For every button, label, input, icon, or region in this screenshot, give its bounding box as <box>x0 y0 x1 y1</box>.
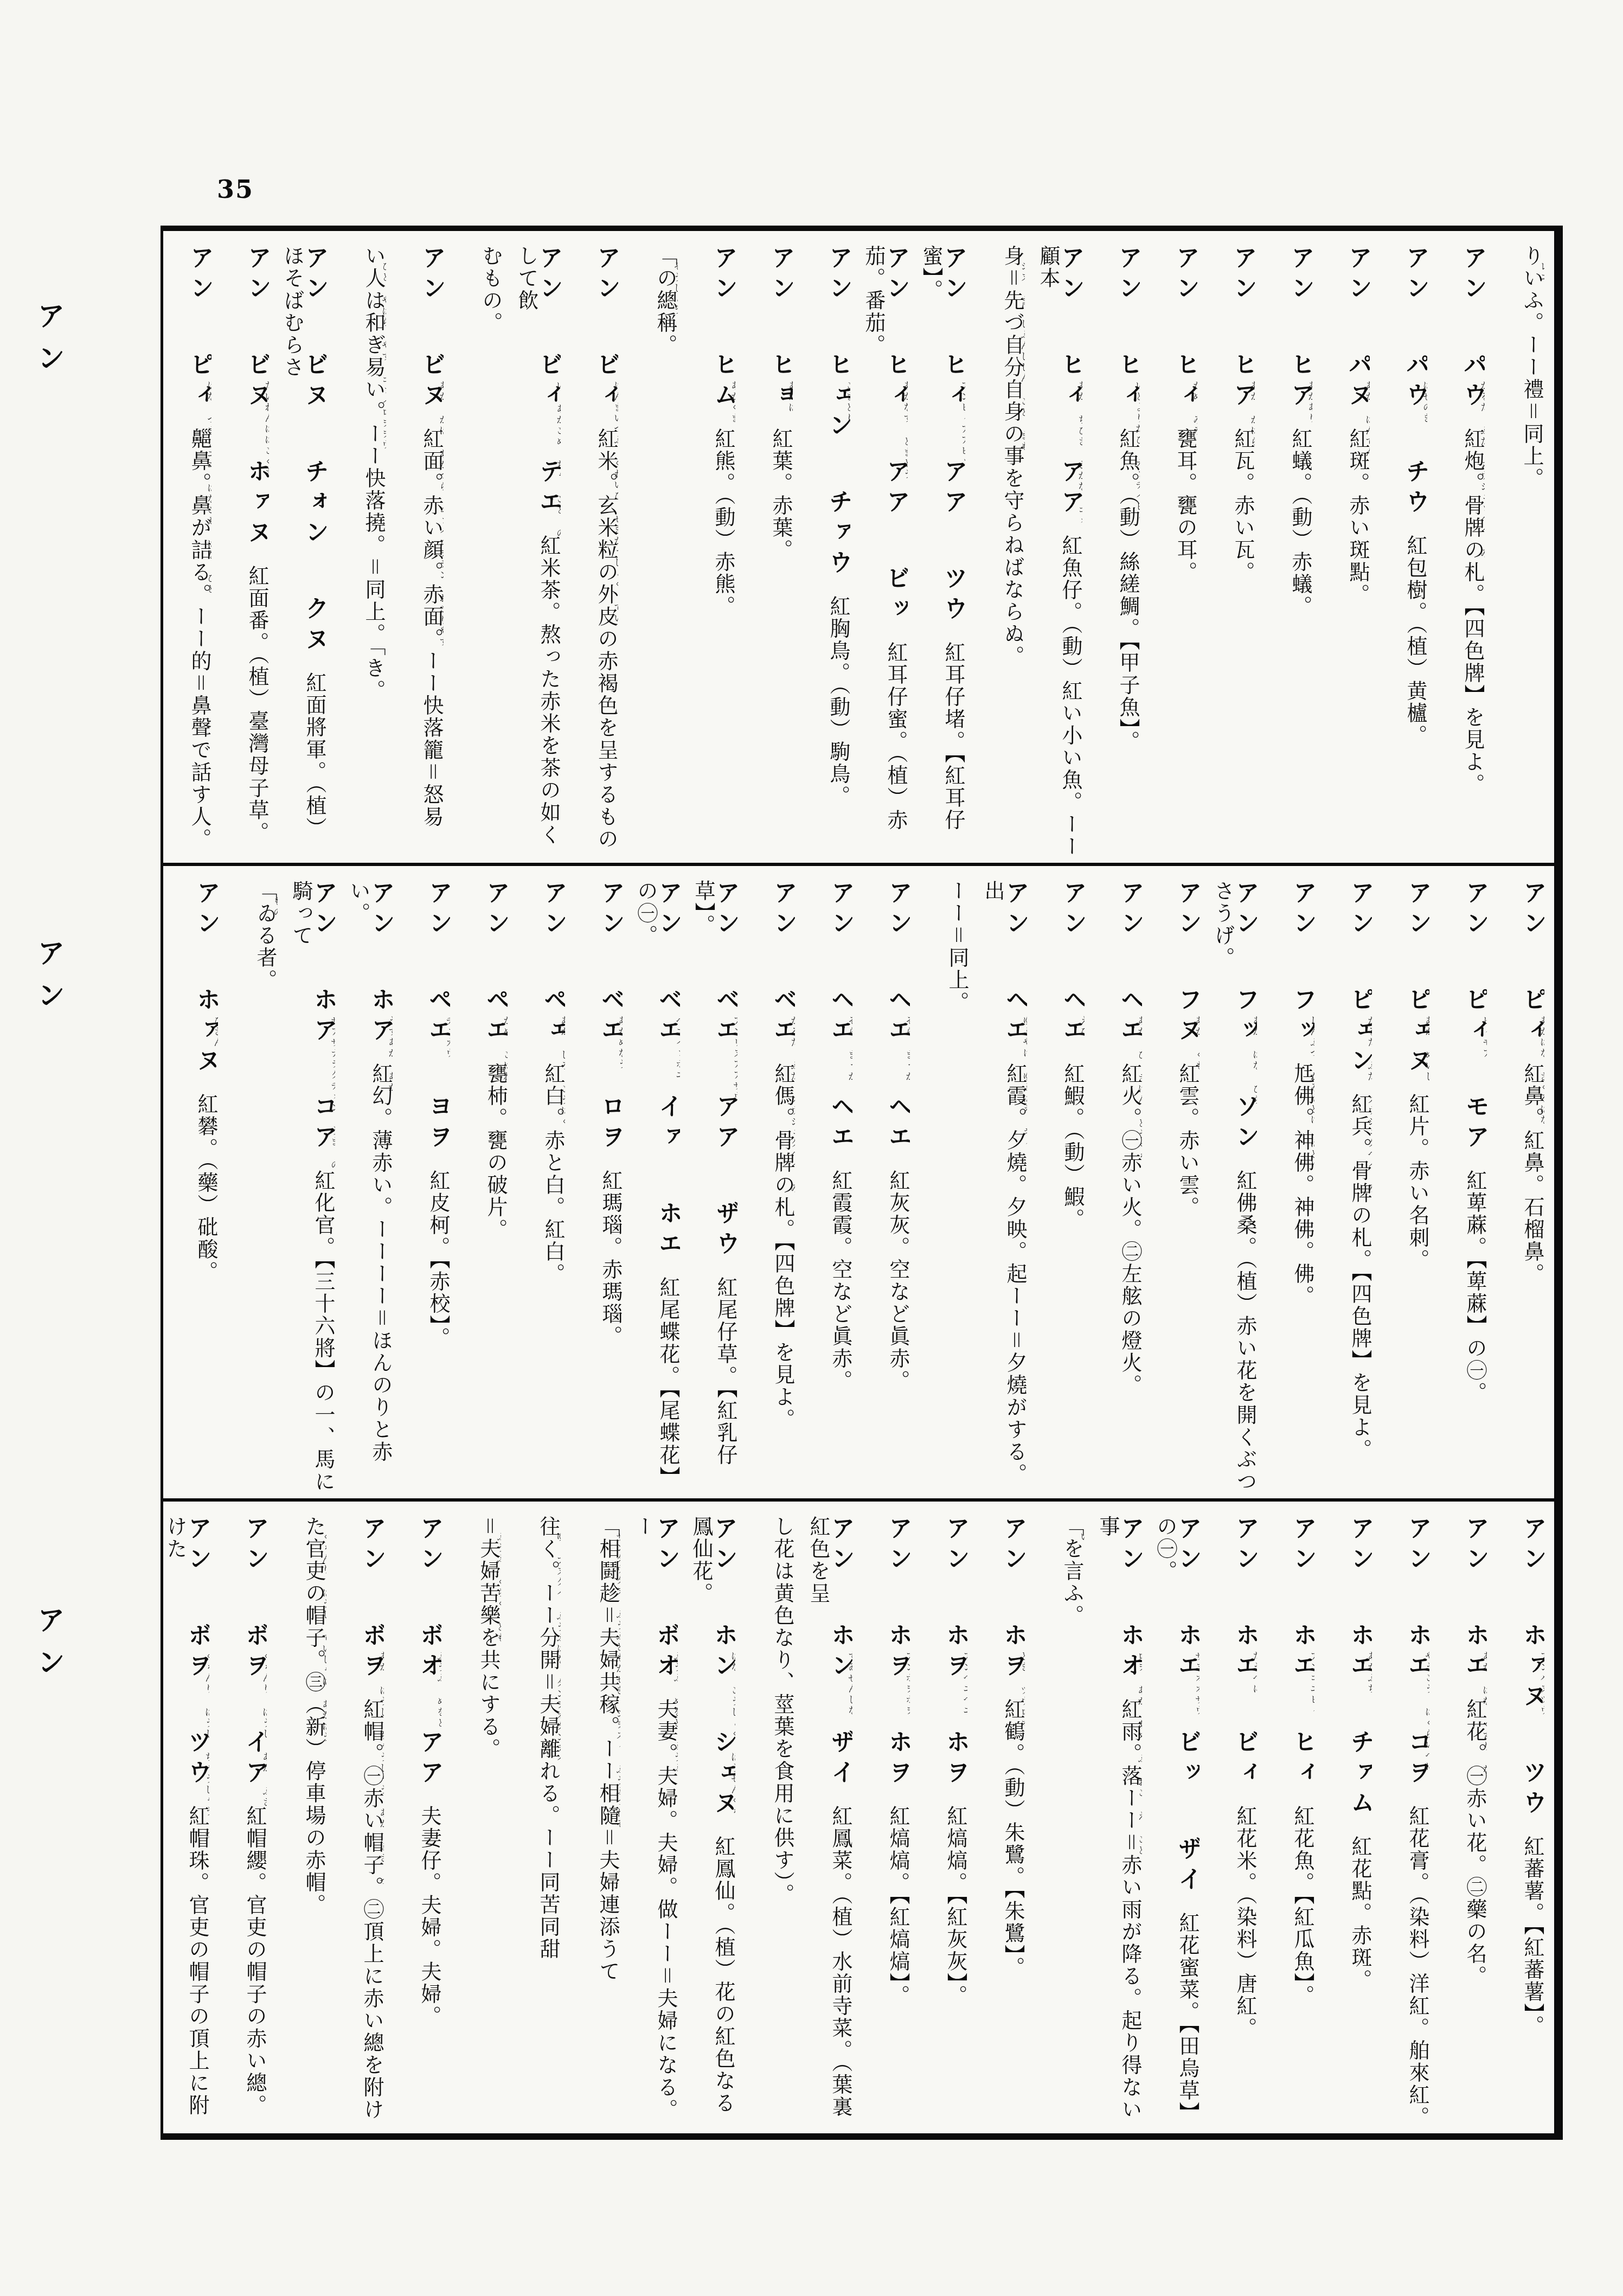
furigana-annotations: かるた ふだ スウジェッペイ み <box>1479 381 1485 559</box>
furigana-annotations: サンタウタヌ ふうふともかせぎ シヲスィ ふうふつれそ <box>614 1532 620 1830</box>
entry-column: アン ピィ モア紅萆蔴。【萆蔴】の㊀。ピィモア <box>1429 880 1487 1493</box>
furigana-annotations: はな こうしょく ほうせんくゎ <box>729 1651 735 1817</box>
furigana-annotations: もの <box>272 896 278 918</box>
entry-definition-text: 甕耳。甕の耳。 <box>1173 428 1197 583</box>
furigana-annotations: あか くも <box>1194 1016 1199 1072</box>
entry-column: アン ヘエ紅霞。夕燒。夕映。起ーー＝夕燒がする。出ゆふやけ ゆふばえ キィ <box>970 880 1027 1493</box>
furigana-annotations: かるた ふだ スウジェクペイ み <box>789 1016 795 1194</box>
entry-column: アン ボヲ イア紅帽纓。官吏の帽子の赤い總。くゎんり ばうし あか ふさ <box>209 1516 267 2129</box>
entry-column: アン ヘエ ヘエ紅灰灰。空など眞赤。そら まっか <box>852 880 910 1493</box>
entry-column: アン ビヌ ホァヌ紅面番。（植）臺灣母子草。たいわんははこぐさ <box>211 245 269 858</box>
entry-column: アン ボオ夫妻。夫婦。夫婦。做ーー＝夫婦になる。ーふうふ めをと ふうふ <box>620 1516 678 2129</box>
entry-definition-text: 紅皮柯。【赤校】。 <box>426 1170 450 1349</box>
furigana-annotations: やうこう はくらいべに <box>1423 1651 1429 1772</box>
furigana-annotations: ふうふ めをと <box>435 1651 441 1729</box>
furigana-annotations: ゆ プヌクイ ふうふはな タンヲオタンチイ <box>555 1532 561 1765</box>
entry-headword-kana: アン ビヌ チォン クヌ <box>301 245 326 657</box>
furigana-annotations: いとよりだひ カァチイヒィ <box>1134 381 1140 523</box>
furigana-annotations: アンヘエヘエ <box>961 1651 967 1716</box>
furigana-annotations: チァカウ <box>444 1016 450 1059</box>
entry-definition-text: 紅花膏。（染料）洋紅。舶來紅。 <box>1406 1805 1429 2128</box>
entry-column: アン ベエ ロヲ紅瑪瑙。赤瑪瑙。あかめなう <box>565 880 623 1493</box>
entry-column: アン ピィ齆鼻。鼻が詰る。ーー的＝鼻聲で話す人。ほな つま エエ はなごゑ はな… <box>163 245 211 858</box>
furigana-annotations: あかぐま <box>729 381 735 424</box>
entry-column: アン ホヲ紅鶴。（動）朱鷺。【朱鷺】。とき ツウロオ <box>967 1516 1025 2129</box>
entry-definition-text: 紅花魚。【紅瓜魚】。 <box>1291 1805 1314 2007</box>
entry-column: アン ビィ テエ紅米茶。熬った赤米を茶の如くして飲い あかごめ ちゃ ごと の <box>503 245 561 858</box>
entry-column: アン ヘエ紅火。㊀赤い火。㊁左舷の燈火。あか ひ さげん とうくゎ <box>1085 880 1142 1493</box>
furigana-annotations: ほな つま エエ はなごゑ はな ひと <box>206 381 211 595</box>
furigana-annotations: ザヌオオザウ <box>1194 1651 1199 1716</box>
furigana-annotations: あかはな ざくろばな <box>1538 1016 1544 1126</box>
entry-column: アン ホエ紅花。㊀赤い花。㊁藥の名。あか はな くすり な <box>1429 1516 1487 2129</box>
continuation-column: 「ゐる者。もの <box>218 880 278 1493</box>
entry-column: アン ピェヌ紅片。赤い名刺。あか めいし <box>1372 880 1429 1493</box>
entry-definition-text: むもの。 <box>479 245 503 334</box>
entry-definition-text: 紅礬。（藥）砒酸。 <box>194 1093 218 1283</box>
entry-definition-text: 紅葉。赤葉。 <box>769 428 793 561</box>
furigana-annotations: あか しろ こうはく <box>559 1016 565 1127</box>
furigana-annotations: あか かほ あかつら コァイロヲラン おこりやす <box>438 381 444 647</box>
entry-column: アン ビィ紅米。玄米粒の外皮の赤褐色を呈するものげんまいつぶ ぐわいひ せきかっ… <box>561 245 618 858</box>
furigana-annotations: こまどり <box>844 381 850 424</box>
furigana-annotations: あかば <box>787 381 793 413</box>
entry-column: アン ホン シェヌ紅鳳仙。（植）花の紅色なる鳳仙花。はな こうしょく ほうせんく… <box>678 1516 735 2129</box>
entry-definition-text: 紅萆蔴。【萆蔴】の㊀。 <box>1463 1170 1487 1404</box>
furigana-annotations: あか ちひさ さかな コォ <box>1076 381 1082 527</box>
entry-headword-kana: アン ホァヌ <box>193 880 218 1078</box>
entry-definition-text: 紅片。赤い名刺。 <box>1406 1093 1429 1271</box>
margin-guide-word-1: アン <box>28 301 69 386</box>
entry-column: アン ベエ紅傌。骨牌の札。【四色牌】を見よ。かるた ふだ スウジェクペイ み <box>737 880 795 1493</box>
furigana-annotations: ゆふやけ ゆふばえ キィ <box>1021 1016 1027 1149</box>
furigana-annotations: あか はな くすり な <box>1481 1651 1487 1775</box>
entry-definition-text: 紅鶴。（動）朱鷺。【朱鷺】。 <box>1001 1698 1025 1979</box>
continuation-column: ＝夫婦苦樂を共にする。ふうふ くらく とも <box>441 1516 501 2129</box>
continuation-column: ーー＝同上。 <box>910 880 970 1493</box>
entry-column: アン ホエ ビィ紅花米。（染料）唐紅。たうべに <box>1199 1516 1257 2129</box>
furigana-annotations: あか めいし <box>1423 1016 1429 1082</box>
entry-column: アン ホア コア紅化官。【三十六將】の一、馬に騎ってサアザナラクチォン うま の <box>278 880 335 1493</box>
furigana-annotations: ひと やはら やす コァイロヲヲウ <box>380 261 386 451</box>
entry-definition-text: 紅熊。（動）赤熊。 <box>711 428 735 618</box>
entry-definition-text: 紅灰灰。空など眞赤。 <box>886 1170 910 1392</box>
entry-definition-text: 紅蟻。（動）赤蟻。 <box>1288 428 1312 618</box>
entry-column: アン フッ尪佛。神佛。神佛。佛。しんぶつ かみほとけ ほとけ <box>1257 880 1314 1493</box>
furigana-annotations: ロヲ あか あめ ふ おこ え こと <box>1136 1651 1142 1856</box>
continuation-column: むもの。 <box>444 245 503 858</box>
continuation-column: 身＝先づ自分自身の事を守らねばならぬ。シヌ ま じぶんじしん こと まも <box>965 245 1025 858</box>
entry-column: アン ヒェン チァウ紅胸鳥。（動）駒鳥。こまどり <box>793 245 850 858</box>
entry-definition-text: 夫妻仔。夫婦。夫婦。 <box>418 1805 441 2028</box>
furigana-annotations: はぜのき <box>1421 381 1427 424</box>
entry-column: アン ヘエ紅鰕。（動）鰕。えび <box>1027 880 1085 1493</box>
furigana-annotations: あかめなう <box>617 1016 623 1070</box>
furigana-annotations: かるた ふだ スウジェクペイ み <box>1366 1016 1372 1194</box>
entry-column: アン パウ紅炮。骨牌の札。【四色牌】を見よ。かるた ふだ スウジェッペイ み <box>1427 245 1485 858</box>
entry-column: アン ヒィ アア ツウ紅耳仔堵。【紅耳仔蜜】。アンヒィアアビッ <box>908 245 965 858</box>
furigana-annotations: アンホヲホヲ <box>904 1651 910 1716</box>
entry-column: アン ヒョ紅葉。赤葉。あかば <box>735 245 793 858</box>
entry-column: アン ホオ紅雨。落ーー＝赤い雨が降る。起り得ない事ロヲ あか あめ ふ おこ え… <box>1085 1516 1142 2129</box>
continuation-column: 「相鬪趁＝夫婦共稼。ーー相隨＝夫婦連添うてサンタウタヌ ふうふともかせぎ シヲス… <box>561 1516 620 2129</box>
margin-guide-word-2: アン <box>28 938 69 1023</box>
entry-column: アン ホエ ビッ ザイ紅花蜜菜。【田烏草】の㊀。ザヌオオザウ <box>1142 1516 1199 2129</box>
page-number: 35 <box>217 175 254 204</box>
furigana-annotations: かめ みみ <box>1191 381 1197 437</box>
entry-column: アン ホエ ヒィ紅花魚。【紅瓜魚】。アンコエヒィ <box>1257 1516 1314 2129</box>
entry-definition-text: 紅瑪瑙。赤瑪瑙。 <box>599 1170 623 1348</box>
entry-column: アン ボヲ紅帽。㊀赤い帽子。㊁頂上に赤い總を附けあか ばうし ちゃうじゃう あか… <box>326 1516 384 2129</box>
entry-column: アン ホエ コヲ紅花膏。（染料）洋紅。舶來紅。やうこう はくらいべに <box>1372 1516 1429 2129</box>
entry-definition-text: 紅面番。（植）臺灣母子草。 <box>245 565 269 844</box>
continuation-column: い人は和ぎ易い。ーー快落撓。＝同上。「き。ひと やはら やす コァイロヲヲウ <box>326 245 386 858</box>
entry-column: アン フヌ紅雲。赤い雲。あか くも <box>1142 880 1199 1493</box>
scanned-dictionary-page: 35 アン アン アン りいふ。ーー禮＝同上。レエアン パウ紅炮。骨牌の札。【四… <box>0 0 1623 2296</box>
entry-column: アン ホァヌ紅礬。（藥）砒酸。ひさん <box>163 880 218 1493</box>
entry-definition-text: 紅雲。赤い雲。 <box>1176 1063 1199 1218</box>
furigana-annotations: すゐぜんじな <box>846 1651 852 1716</box>
entry-column: アン ベエ イァ ホエ紅尾蝶花。【尾蝶花】の㊀。ベエイァホエ <box>623 880 680 1493</box>
entry-definition-text: 紅帽纓。官吏の帽子の赤い總。 <box>243 1805 267 2117</box>
furigana-annotations: とき ツウロオ <box>1019 1651 1025 1729</box>
dictionary-band-bottom: アン ホァヌ ツウ紅蕃薯。【紅蕃薯】。アンハヌツウアン ホエ紅花。㊀赤い花。㊁藥… <box>163 1502 1554 2133</box>
furigana-annotations: あかなす とまとう <box>902 381 908 480</box>
furigana-annotations: レエ <box>1538 261 1544 283</box>
entry-column: アン パウ チウ紅包樹。（植）黄櫨。はぜのき <box>1370 245 1427 858</box>
entry-column: アン ホン ザイ紅鳳菜。（植）水前寺菜。（葉裏紅色を呈すゐぜんじな <box>795 1516 852 2129</box>
dictionary-band-top: りいふ。ーー禮＝同上。レエアン パウ紅炮。骨牌の札。【四色牌】を見よ。かるた ふ… <box>163 231 1554 866</box>
entry-column: アン ホア紅幻。薄赤い。ーーーー＝ほんのりと赤い。うすあか あか <box>335 880 393 1493</box>
furigana-annotations: シヌ ま じぶんじしん こと まも <box>1019 261 1025 452</box>
furigana-annotations: アンヒィアアビッ <box>959 381 965 467</box>
furigana-annotations: げんまいつぶ ぐわいひ せきかっしょく てい <box>612 381 618 624</box>
furigana-annotations: あか ばうし ちゃうじゃう あか ふさ つ <box>378 1651 384 1887</box>
entry-definition-text: 紅熇熇。【紅熇熇】。 <box>886 1805 910 2007</box>
continuation-column: 「を言ふ。い <box>1025 1516 1085 2129</box>
furigana-annotations: アンハヌツウ <box>1538 1651 1544 1716</box>
entry-definition-text: 紅鰕。（動）鰕。 <box>1061 1063 1085 1230</box>
continuation-column: し花は黄色なり、莖葉を食用に供す）。 <box>735 1516 795 2129</box>
entry-column: アン ヘエ ヘエ紅霞霞。空など眞赤。そら まっか <box>795 880 852 1493</box>
entry-column: アン ヒィ アア ビッ紅耳仔蜜。（植）赤茄。番茄。あかなす とまとう <box>850 245 908 858</box>
furigana-annotations: サアザナラクチォン うま の <box>329 1016 335 1171</box>
entry-definition-text: 紅霞霞。空など眞赤。 <box>829 1170 852 1392</box>
entry-column: アン ビヌ チォン クヌ紅面將軍。（植）ほそばむらさ <box>269 245 326 858</box>
entry-column: アン ホエ チァム紅花點。赤斑。あかぶち <box>1314 1516 1372 2129</box>
dictionary-band-middle: アン ピィ紅鼻。紅鼻。石榴鼻。あかはな ざくろばなアン ピィ モア紅萆蔴。【萆蔴… <box>163 866 1554 1501</box>
furigana-annotations: あかぶち <box>1366 1651 1372 1695</box>
entry-definition-text: ーー＝同上。 <box>945 880 969 1014</box>
furigana-annotations: くゎんり ばうし ていしゃば あかばう <box>320 1532 326 1743</box>
furigana-annotations: たいわんははこぐさ <box>263 381 269 478</box>
entry-column: アン ピェン紅兵。骨牌の札。【四色牌】を見よ。かるた ふだ スウジェクペイ み <box>1314 880 1372 1493</box>
entry-definition-text: 紅蕃薯。【紅蕃薯】。 <box>1521 1836 1544 2037</box>
entry-column: アン ヒア紅瓦。赤い瓦。あか かはら <box>1197 245 1255 858</box>
furigana-annotations: しんぶつ かみほとけ ほとけ <box>1308 1016 1314 1171</box>
entry-column: アン ボオ アア夫妻仔。夫婦。夫婦。ふうふ めをと <box>384 1516 441 2129</box>
entry-column: アン ピィ紅鼻。紅鼻。石榴鼻。あかはな ざくろばな <box>1487 880 1544 1493</box>
furigana-annotations: い <box>1079 1532 1085 1543</box>
furigana-annotations: アンリヌアアザウ <box>732 1016 737 1102</box>
entry-column: アン ベエ アア ザウ紅尾仔草。【紅乳仔草】。アンリヌアアザウ <box>680 880 737 1493</box>
entry-definition-text: 紅花米。（染料）唐紅。 <box>1233 1805 1257 2040</box>
furigana-annotations: ひさん <box>212 1016 218 1048</box>
entry-column: アン ヒム紅熊。（動）赤熊。あかぐま <box>678 245 735 858</box>
entry-definition-text: 紅熇熇。【紅灰灰】。 <box>944 1805 967 2007</box>
furigana-annotations: あかあり <box>1306 381 1312 424</box>
furigana-annotations: ふうふ めをと ふうふ <box>672 1651 678 1774</box>
entry-column: アン パヌ紅斑。赤い斑點。あか はんてん <box>1312 245 1370 858</box>
entry-column: アン ヒィ紅魚。（動）絲縒鯛。【甲子魚】。いとよりだひ カァチイヒィ <box>1082 245 1140 858</box>
entry-column: アン ビヌ紅面。赤い顔。赤面。ーー快落籠＝怒易あか かほ あかつら コァイロヲラ… <box>386 245 444 858</box>
furigana-annotations: くゎんり ばうし ちゃうじゃう つ <box>203 1651 209 1840</box>
furigana-annotations: そら まっか <box>846 1016 852 1082</box>
entry-column: アン ホヲ ホヲ紅熇熇。【紅熇熇】。アンホヲホヲ <box>852 1516 910 2129</box>
entry-column: アン ヒア紅蟻。（動）赤蟻。あかあり <box>1255 245 1312 858</box>
furigana-annotations: くゎんり ばうし あか ふさ <box>261 1651 267 1808</box>
furigana-annotations: えび <box>1079 1016 1085 1037</box>
entry-column: アン フッ ソン紅佛桑。（植）赤い花を開くぶつさうげ。あか はな ひら <box>1199 880 1257 1493</box>
entry-definition-text: 甕杮。甕の破片。 <box>484 1063 508 1241</box>
furigana-annotations: あか はな ひら <box>1251 1016 1257 1106</box>
entry-column: アン ペエ甕杮。甕の破片。かめ こはれ <box>450 880 508 1493</box>
entry-column: アン ペエ ヨヲ紅皮柯。【赤校】。チァカウ <box>393 880 450 1493</box>
entry-definition-text: 紅瓦。赤い瓦。 <box>1231 428 1255 583</box>
entry-definition-text: 紅包樹。（植）黄櫨。 <box>1403 535 1427 747</box>
furigana-annotations: あか はんてん <box>1364 381 1370 458</box>
margin-guide-word-3: アン <box>28 1605 69 1690</box>
furigana-annotations: ピィモア <box>1481 1016 1487 1059</box>
entry-column: アン ホァヌ ツウ紅蕃薯。【紅蕃薯】。アンハヌツウ <box>1487 1516 1544 2129</box>
entry-column: アン ホヲ ホヲ紅熇熇。【紅灰灰】。アンヘエヘエ <box>910 1516 967 2129</box>
continuation-column: 往く。ーー分開＝夫婦離れる。ーー同苦同甜ゆ プヌクイ ふうふはな タンヲオタンチ… <box>501 1516 561 2129</box>
entry-definition-text: し花は黄色なり、莖葉を食用に供す）。 <box>771 1516 794 1906</box>
furigana-annotations: そら まっか <box>904 1016 910 1082</box>
furigana-annotations: あか ひ さげん とうくゎ <box>1136 1016 1142 1162</box>
furigana-annotations: かめ こはれ <box>502 1016 508 1082</box>
furigana-annotations: うすあか あか <box>387 1016 393 1093</box>
continuation-column: た官吏の帽子。㊂（新）停車場の赤帽。くゎんり ばうし ていしゃば あかばう <box>267 1516 326 2129</box>
furigana-annotations: たうべに <box>1251 1651 1257 1695</box>
furigana-annotations: アンコエヒィ <box>1308 1651 1314 1716</box>
furigana-annotations: ふうふ くらく とも <box>495 1532 501 1644</box>
furigana-annotations: あか かはら <box>1249 381 1255 447</box>
entry-column: アン ヒィ甕耳。甕の耳。かめ みみ <box>1140 245 1197 858</box>
entry-column: アン ペェ紅白。赤と白。紅白。あか しろ こうはく <box>508 880 565 1493</box>
continuation-column: りいふ。ーー禮＝同上。レエ <box>1485 245 1544 858</box>
entry-definition-text: 紅花點。赤斑。 <box>1348 1836 1372 1991</box>
furigana-annotations: そうしょう <box>672 261 678 316</box>
page-frame: りいふ。ーー禮＝同上。レエアン パウ紅炮。骨牌の札。【四色牌】を見よ。かるた ふ… <box>161 226 1563 2140</box>
continuation-column: 「の總稱。そうしょう <box>618 245 678 858</box>
furigana-annotations: ベエイァホエ <box>674 1016 680 1081</box>
furigana-annotations: い あかごめ ちゃ ごと の <box>555 381 561 539</box>
entry-definition-text: 紅胸鳥。（動）駒鳥。 <box>826 595 850 807</box>
entry-column: アン ヒィ アア紅魚仔。（動）紅い小い魚。ーー顧本あか ちひさ さかな コォ <box>1025 245 1082 858</box>
entry-column: アン ボヲ ツウ紅帽珠。官吏の帽子の頂上に附けたくゎんり ばうし ちゃうじゃう … <box>163 1516 209 2129</box>
